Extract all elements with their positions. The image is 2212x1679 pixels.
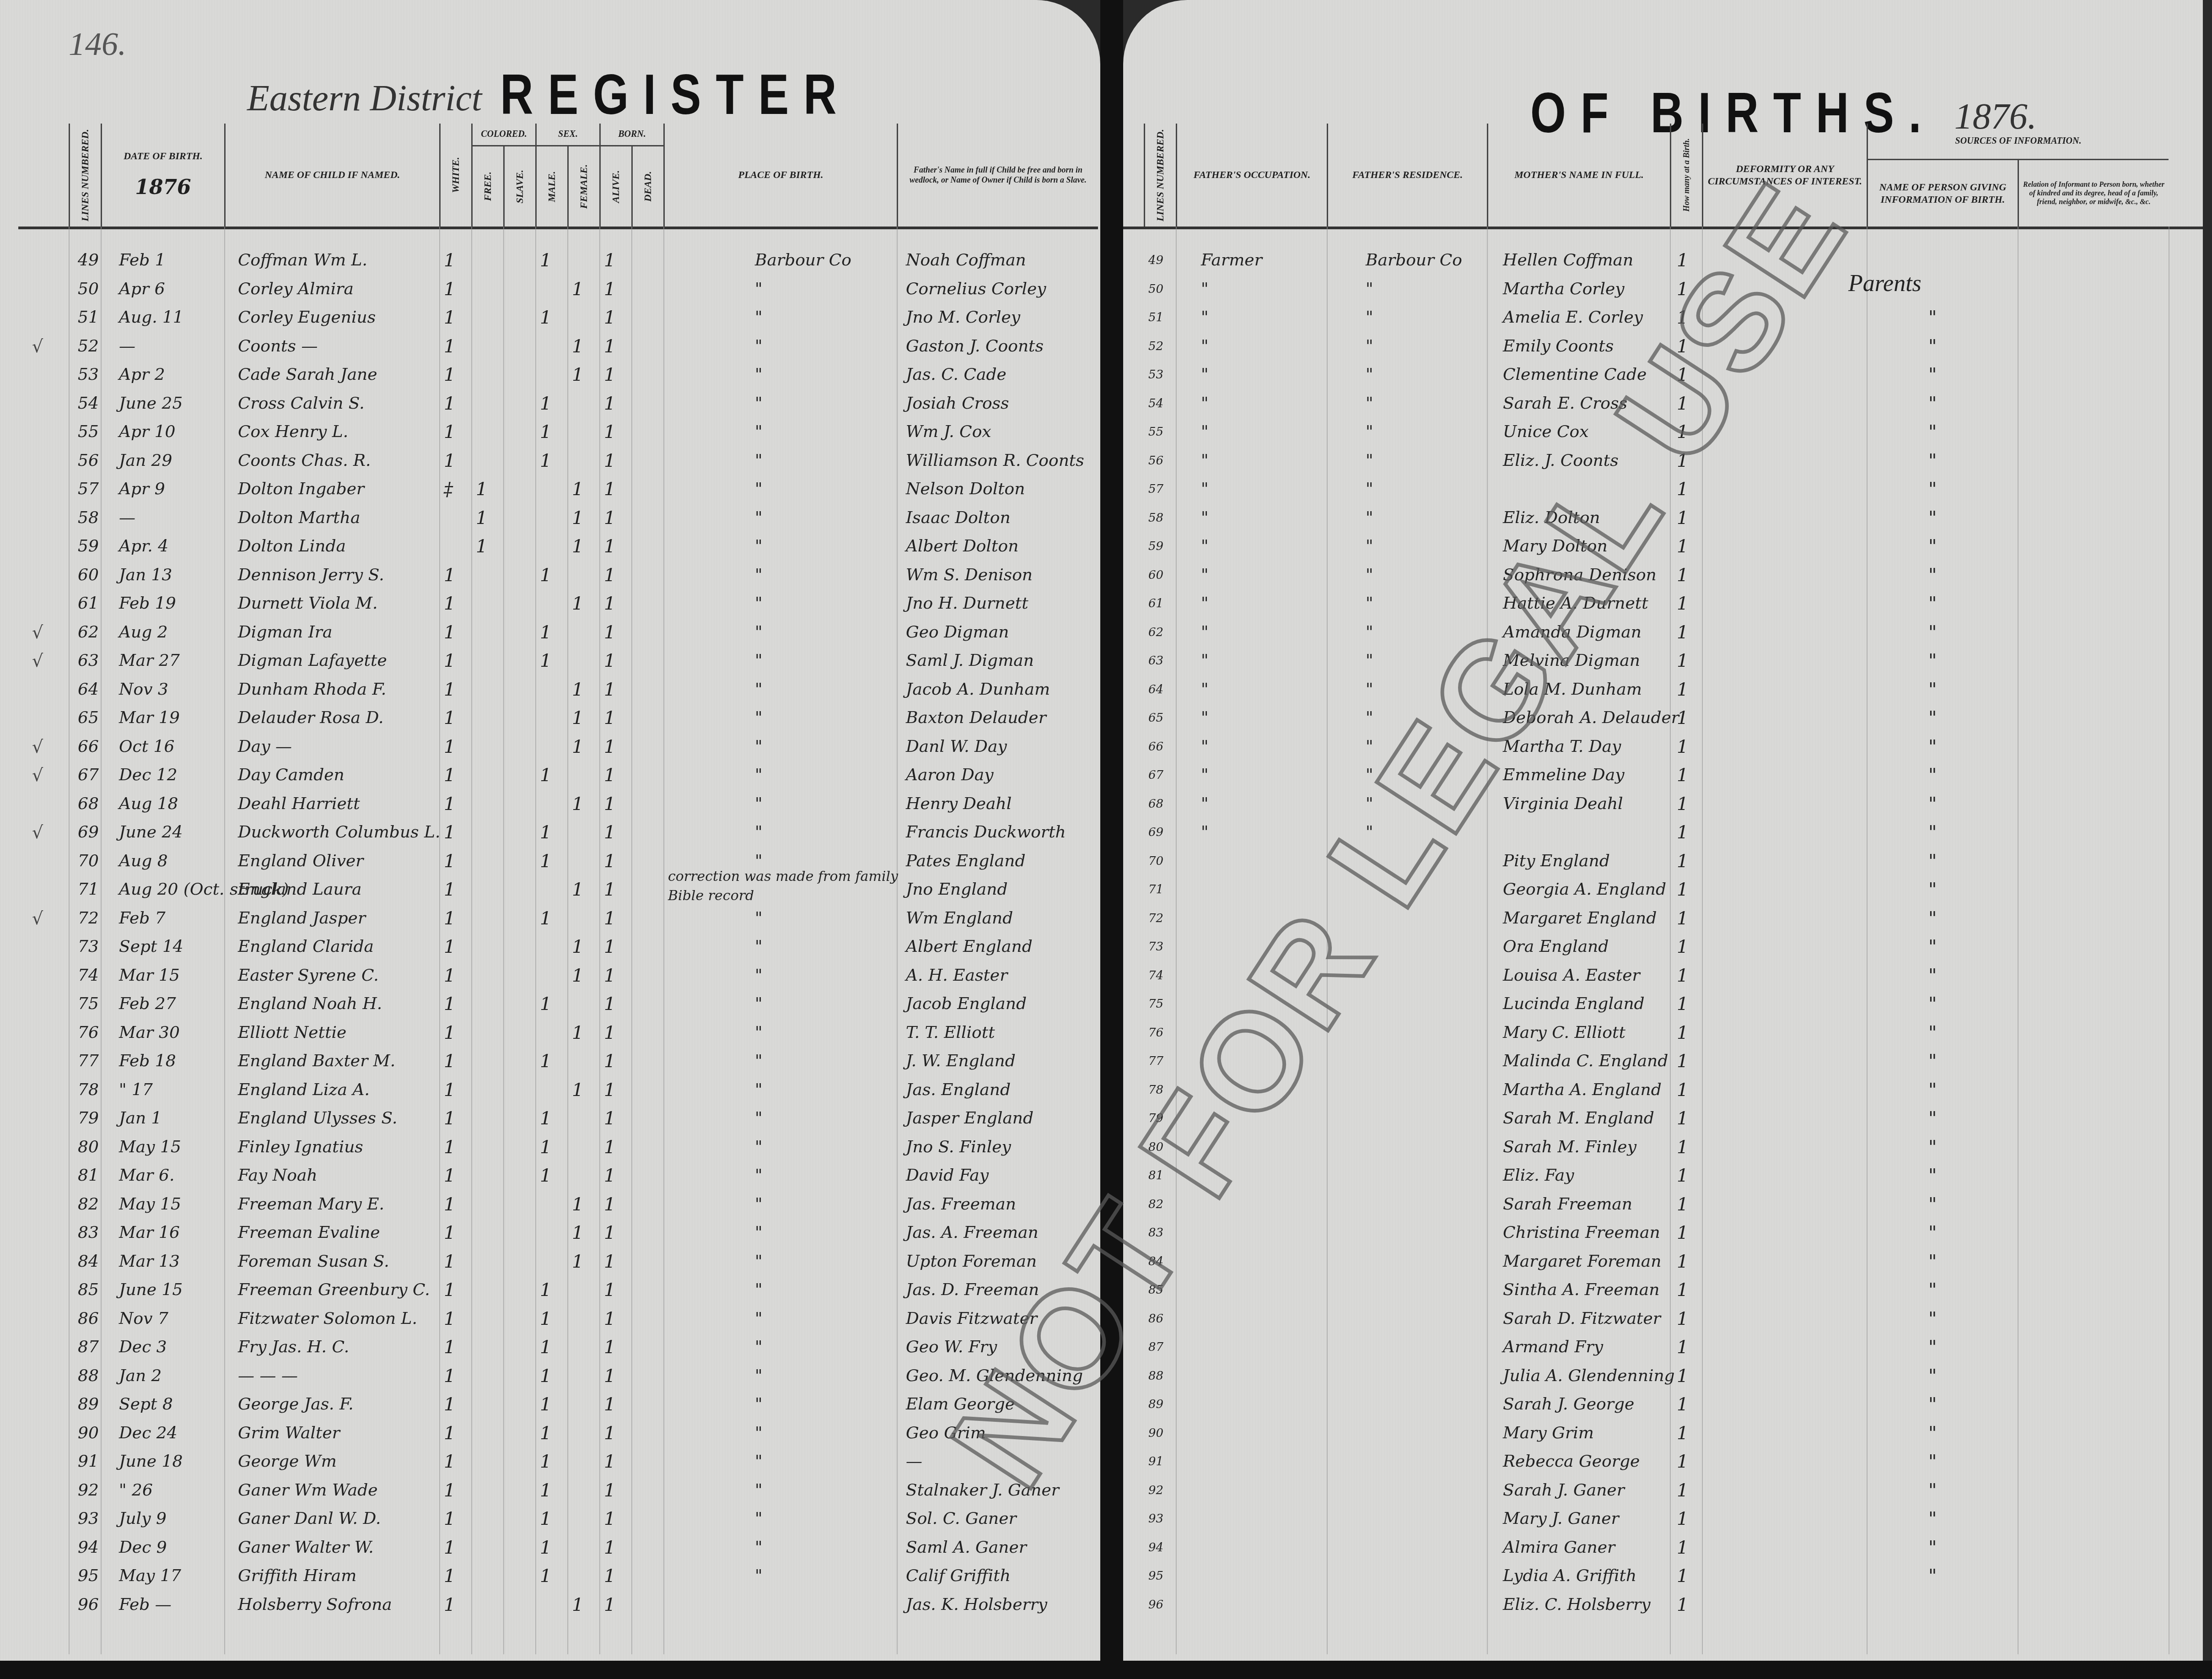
place-of-birth: " bbox=[755, 1477, 763, 1504]
line-number-right: 93 bbox=[1148, 1506, 1163, 1532]
record-check-mark: √ bbox=[32, 648, 43, 674]
table-row: 88Julia A. Glendenning1" bbox=[1123, 1363, 2203, 1389]
father-name: Jacob A. Dunham bbox=[906, 676, 1050, 703]
table-row: 71Aug 20 (Oct. struck)England Laura111Jn… bbox=[0, 876, 1100, 903]
header-sex: SEX. bbox=[535, 124, 599, 146]
birth-date: Oct 16 bbox=[119, 734, 174, 760]
birth-date: Aug 18 bbox=[119, 791, 178, 817]
birth-date: Aug 8 bbox=[119, 848, 168, 875]
child-name: England Liza A. bbox=[238, 1077, 370, 1103]
birth-date: Feb 18 bbox=[119, 1048, 176, 1074]
alive-mark: 1 bbox=[604, 1477, 615, 1504]
place-of-birth: " bbox=[755, 1534, 763, 1561]
female-mark: 1 bbox=[572, 1592, 583, 1618]
female-mark: 1 bbox=[572, 705, 583, 731]
line-number: 72 bbox=[78, 905, 99, 932]
line-number-right: 75 bbox=[1148, 991, 1163, 1017]
mother-name: Lydia A. Griffith bbox=[1503, 1563, 1636, 1589]
alive-mark: 1 bbox=[604, 1020, 615, 1046]
place-of-birth: " bbox=[755, 934, 763, 960]
informant-ditto: " bbox=[1928, 762, 1937, 788]
table-row: 55Apr 10Cox Henry L.111"Wm J. Cox bbox=[0, 419, 1100, 445]
father-name: Jasper England bbox=[906, 1105, 1033, 1132]
place-of-birth: " bbox=[755, 905, 763, 932]
mother-name: Hellen Coffman bbox=[1503, 247, 1633, 274]
record-check-mark: √ bbox=[32, 619, 43, 646]
line-number-right: 59 bbox=[1148, 533, 1163, 560]
white-mark: 1 bbox=[444, 590, 455, 617]
how-many-at-birth: 1 bbox=[1677, 1105, 1688, 1132]
white-mark: 1 bbox=[444, 1420, 455, 1447]
how-many-at-birth: 1 bbox=[1677, 619, 1688, 646]
how-many-at-birth: 1 bbox=[1677, 1162, 1688, 1189]
line-number: 83 bbox=[78, 1220, 99, 1246]
table-row: 61""Hattie A. Durnett1" bbox=[1123, 590, 2203, 617]
birth-date: Dec 24 bbox=[119, 1420, 178, 1447]
colored-free-mark: 1 bbox=[476, 505, 487, 531]
place-of-birth: " bbox=[755, 419, 763, 445]
place-of-birth: " bbox=[755, 562, 763, 588]
father-occupation: " bbox=[1201, 533, 1209, 560]
table-row: 96Eliz. C. Holsberry1 bbox=[1123, 1592, 2203, 1618]
child-name: Corley Almira bbox=[238, 276, 354, 302]
place-of-birth: " bbox=[755, 791, 763, 817]
table-row: 82Sarah Freeman1" bbox=[1123, 1191, 2203, 1218]
line-number: 93 bbox=[78, 1506, 99, 1532]
birth-date: Mar 27 bbox=[119, 648, 180, 674]
place-of-birth: " bbox=[755, 1563, 763, 1589]
how-many-at-birth: 1 bbox=[1677, 848, 1688, 875]
table-row: 61Feb 19Durnett Viola M.111"Jno H. Durne… bbox=[0, 590, 1100, 617]
alive-mark: 1 bbox=[604, 390, 615, 417]
father-residence: Barbour Co bbox=[1366, 247, 1462, 274]
table-row: 66""Martha T. Day1" bbox=[1123, 734, 2203, 760]
line-number: 73 bbox=[78, 934, 99, 960]
table-row: 50Apr 6Corley Almira111"Cornelius Corley bbox=[0, 276, 1100, 302]
father-name: Wm England bbox=[906, 905, 1013, 932]
birth-date: Dec 3 bbox=[119, 1334, 167, 1360]
alive-mark: 1 bbox=[604, 791, 615, 817]
how-many-at-birth: 1 bbox=[1677, 1306, 1688, 1332]
place-of-birth: " bbox=[755, 476, 763, 502]
header-date-of-birth: DATE OF BIRTH. 1876 bbox=[101, 124, 224, 227]
alive-mark: 1 bbox=[604, 448, 615, 474]
informant-ditto: " bbox=[1928, 934, 1937, 960]
table-row: 63""Melvina Digman1" bbox=[1123, 648, 2203, 674]
how-many-at-birth: 1 bbox=[1677, 762, 1688, 788]
white-mark: 1 bbox=[444, 1306, 455, 1332]
how-many-at-birth: 1 bbox=[1677, 648, 1688, 674]
place-of-birth: " bbox=[755, 1248, 763, 1275]
table-row: 94Almira Ganer1" bbox=[1123, 1534, 2203, 1561]
white-mark: 1 bbox=[444, 419, 455, 445]
father-residence: " bbox=[1366, 390, 1373, 417]
child-name: England Jasper bbox=[238, 905, 366, 932]
table-row: 81Eliz. Fay1" bbox=[1123, 1162, 2203, 1189]
informant-ditto: " bbox=[1928, 419, 1937, 445]
informant-ditto: " bbox=[1928, 333, 1937, 360]
alive-mark: 1 bbox=[604, 734, 615, 760]
table-row: 90Mary Grim1" bbox=[1123, 1420, 2203, 1447]
alive-mark: 1 bbox=[604, 304, 615, 331]
white-mark: 1 bbox=[444, 362, 455, 388]
table-row: 86Sarah D. Fitzwater1" bbox=[1123, 1306, 2203, 1332]
place-of-birth: " bbox=[755, 590, 763, 617]
female-mark: 1 bbox=[572, 1191, 583, 1218]
line-number: 57 bbox=[78, 476, 99, 502]
place-of-birth: " bbox=[755, 619, 763, 646]
table-row: 77Feb 18England Baxter M.111"J. W. Engla… bbox=[0, 1048, 1100, 1074]
male-mark: 1 bbox=[540, 905, 551, 932]
table-row: √62Aug 2Digman Ira111"Geo Digman bbox=[0, 619, 1100, 646]
child-name: Ganer Walter W. bbox=[238, 1534, 374, 1561]
birth-date: Mar 13 bbox=[119, 1248, 180, 1275]
father-occupation: " bbox=[1201, 676, 1209, 703]
mother-name: Sarah D. Fitzwater bbox=[1503, 1306, 1661, 1332]
birth-date: Feb — bbox=[119, 1592, 172, 1618]
how-many-at-birth: 1 bbox=[1677, 1448, 1688, 1475]
line-number: 78 bbox=[78, 1077, 99, 1103]
child-name: — — — bbox=[238, 1363, 298, 1389]
male-mark: 1 bbox=[540, 1334, 551, 1360]
line-number-right: 58 bbox=[1148, 505, 1163, 531]
how-many-at-birth: 1 bbox=[1677, 1420, 1688, 1447]
table-row: √72Feb 7England Jasper111"Wm England bbox=[0, 905, 1100, 932]
female-mark: 1 bbox=[572, 276, 583, 302]
father-occupation: " bbox=[1201, 619, 1209, 646]
father-name: Jno H. Durnett bbox=[906, 590, 1028, 617]
mother-name: Pity England bbox=[1503, 848, 1610, 875]
informant-ditto: " bbox=[1928, 1391, 1937, 1418]
father-residence: " bbox=[1366, 304, 1373, 331]
male-mark: 1 bbox=[540, 419, 551, 445]
mother-name: Margaret England bbox=[1503, 905, 1657, 932]
birth-date: Mar 19 bbox=[119, 705, 180, 731]
birth-date: — bbox=[119, 505, 135, 531]
header-sources: SOURCES OF INFORMATION. bbox=[1867, 124, 2169, 160]
alive-mark: 1 bbox=[604, 1162, 615, 1189]
record-check-mark: √ bbox=[32, 734, 43, 760]
female-mark: 1 bbox=[572, 1077, 583, 1103]
alive-mark: 1 bbox=[604, 590, 615, 617]
table-row: √67Dec 12Day Camden111"Aaron Day bbox=[0, 762, 1100, 788]
informant-ditto: " bbox=[1928, 876, 1937, 903]
line-number: 79 bbox=[78, 1105, 99, 1132]
table-row: 68Aug 18Deahl Harriett111"Henry Deahl bbox=[0, 791, 1100, 817]
informant-ditto: " bbox=[1928, 648, 1937, 674]
line-number: 52 bbox=[78, 333, 99, 360]
child-name: Fitzwater Solomon L. bbox=[238, 1306, 417, 1332]
informant-ditto: " bbox=[1928, 1077, 1937, 1103]
father-name: Saml J. Digman bbox=[906, 648, 1034, 674]
father-occupation: " bbox=[1201, 419, 1209, 445]
line-number-right: 88 bbox=[1148, 1363, 1163, 1389]
header-informant-relation: Relation of Informant to Person born, wh… bbox=[2018, 160, 2169, 227]
birth-date: May 15 bbox=[119, 1191, 181, 1218]
line-number-right: 56 bbox=[1148, 448, 1163, 474]
alive-mark: 1 bbox=[604, 1391, 615, 1418]
birth-date: Sept 14 bbox=[119, 934, 183, 960]
alive-mark: 1 bbox=[604, 1334, 615, 1360]
white-mark: 1 bbox=[444, 1592, 455, 1618]
birth-date: Nov 7 bbox=[119, 1306, 168, 1332]
white-mark: 1 bbox=[444, 562, 455, 588]
female-mark: 1 bbox=[572, 876, 583, 903]
line-number-right: 60 bbox=[1148, 562, 1163, 588]
line-number-right: 96 bbox=[1148, 1592, 1163, 1618]
father-residence: " bbox=[1366, 276, 1373, 302]
father-name: Williamson R. Coonts bbox=[906, 448, 1084, 474]
line-number: 61 bbox=[78, 590, 99, 617]
birth-date: Apr 10 bbox=[119, 419, 176, 445]
child-name: Elliott Nettie bbox=[238, 1020, 346, 1046]
informant-ditto: " bbox=[1928, 590, 1937, 617]
place-of-birth: " bbox=[755, 991, 763, 1017]
informant-ditto: " bbox=[1928, 1334, 1937, 1360]
line-number: 89 bbox=[78, 1391, 99, 1418]
mother-name: Almira Ganer bbox=[1503, 1534, 1615, 1561]
female-mark: 1 bbox=[572, 734, 583, 760]
line-number: 53 bbox=[78, 362, 99, 388]
child-name: England Laura bbox=[238, 876, 361, 903]
white-mark: 1 bbox=[444, 1563, 455, 1589]
child-name: Durnett Viola M. bbox=[238, 590, 377, 617]
line-number-right: 68 bbox=[1148, 791, 1163, 817]
male-mark: 1 bbox=[540, 619, 551, 646]
line-number: 54 bbox=[78, 390, 99, 417]
male-mark: 1 bbox=[540, 1448, 551, 1475]
informant-ditto: " bbox=[1928, 1306, 1937, 1332]
place-of-birth: " bbox=[755, 648, 763, 674]
father-residence: " bbox=[1366, 533, 1373, 560]
father-name: Baxton Delauder bbox=[906, 705, 1046, 731]
white-mark: 1 bbox=[444, 333, 455, 360]
alive-mark: 1 bbox=[604, 1506, 615, 1532]
table-row: 74Mar 15Easter Syrene C.111"A. H. Easter bbox=[0, 962, 1100, 989]
father-name: Cornelius Corley bbox=[906, 276, 1046, 302]
line-number: 66 bbox=[78, 734, 99, 760]
line-number: 88 bbox=[78, 1363, 99, 1389]
how-many-at-birth: 1 bbox=[1677, 1048, 1688, 1074]
line-number: 71 bbox=[78, 876, 99, 903]
informant-ditto: " bbox=[1928, 991, 1937, 1017]
birth-date: Mar 16 bbox=[119, 1220, 180, 1246]
child-name: Cade Sarah Jane bbox=[238, 362, 377, 388]
white-mark: 1 bbox=[444, 705, 455, 731]
father-name: J. W. England bbox=[906, 1048, 1016, 1074]
alive-mark: 1 bbox=[604, 1448, 615, 1475]
place-of-birth: " bbox=[755, 1448, 763, 1475]
line-number-right: 70 bbox=[1148, 848, 1163, 875]
alive-mark: 1 bbox=[604, 648, 615, 674]
page-bottom-edge bbox=[0, 1661, 2212, 1679]
header-informant-name: NAME OF PERSON GIVING INFORMATION OF BIR… bbox=[1867, 160, 2018, 227]
alive-mark: 1 bbox=[604, 362, 615, 388]
table-row: 53Apr 2Cade Sarah Jane111"Jas. C. Cade bbox=[0, 362, 1100, 388]
alive-mark: 1 bbox=[604, 819, 615, 846]
mother-name: Eliz. C. Holsberry bbox=[1503, 1592, 1650, 1618]
table-row: √63Mar 27Digman Lafayette111"Saml J. Dig… bbox=[0, 648, 1100, 674]
father-name: Aaron Day bbox=[906, 762, 994, 788]
male-mark: 1 bbox=[540, 1162, 551, 1189]
informant-ditto: " bbox=[1928, 304, 1937, 331]
place-of-birth: " bbox=[755, 1162, 763, 1189]
child-name: Cox Henry L. bbox=[238, 419, 348, 445]
birth-date: Jan 2 bbox=[119, 1363, 161, 1389]
table-row: 78" 17England Liza A.111"Jas. England bbox=[0, 1077, 1100, 1103]
father-name: Wm J. Cox bbox=[906, 419, 991, 445]
male-mark: 1 bbox=[540, 848, 551, 875]
header-lines-numbered-right: Lines Numbered. bbox=[1144, 124, 1176, 227]
father-residence: " bbox=[1366, 448, 1373, 474]
white-mark: 1 bbox=[444, 247, 455, 274]
table-row: 92" 26Ganer Wm Wade111"Stalnaker J. Gane… bbox=[0, 1477, 1100, 1504]
table-row: 88Jan 2— — —111"Geo. M. Glendenning bbox=[0, 1363, 1100, 1389]
informant-ditto: " bbox=[1928, 1020, 1937, 1046]
table-row: 79Jan 1England Ulysses S.111"Jasper Engl… bbox=[0, 1105, 1100, 1132]
table-row: 65Mar 19Delauder Rosa D.111"Baxton Delau… bbox=[0, 705, 1100, 731]
how-many-at-birth: 1 bbox=[1677, 1391, 1688, 1418]
white-mark: 1 bbox=[444, 1220, 455, 1246]
white-mark: 1 bbox=[444, 734, 455, 760]
how-many-at-birth: 1 bbox=[1677, 1334, 1688, 1360]
birth-date: " 26 bbox=[119, 1477, 153, 1504]
father-name: Jno M. Corley bbox=[906, 304, 1020, 331]
informant-ditto: " bbox=[1928, 476, 1937, 502]
header-dead: Dead. bbox=[631, 146, 663, 227]
child-name: England Ulysses S. bbox=[238, 1105, 397, 1132]
how-many-at-birth: 1 bbox=[1677, 991, 1688, 1017]
birth-date: Sept 8 bbox=[119, 1391, 173, 1418]
line-number-right: 51 bbox=[1148, 304, 1163, 331]
how-many-at-birth: 1 bbox=[1677, 676, 1688, 703]
male-mark: 1 bbox=[540, 819, 551, 846]
male-mark: 1 bbox=[540, 1134, 551, 1161]
place-of-birth: " bbox=[755, 962, 763, 989]
line-number-right: 55 bbox=[1148, 419, 1163, 445]
mother-name: Sarah J. George bbox=[1503, 1391, 1634, 1418]
father-occupation: " bbox=[1201, 476, 1209, 502]
birth-date: Feb 1 bbox=[119, 247, 166, 274]
birth-date: Apr 6 bbox=[119, 276, 165, 302]
informant-ditto: " bbox=[1928, 1105, 1937, 1132]
female-mark: 1 bbox=[572, 476, 583, 502]
line-number: 77 bbox=[78, 1048, 99, 1074]
female-mark: 1 bbox=[572, 590, 583, 617]
left-header-row: Lines Numbered. DATE OF BIRTH. 1876 NAME… bbox=[18, 124, 1098, 229]
father-name: — bbox=[906, 1448, 922, 1475]
female-mark: 1 bbox=[572, 791, 583, 817]
informant-ditto: " bbox=[1928, 562, 1937, 588]
father-name: Henry Deahl bbox=[906, 791, 1012, 817]
place-of-birth: " bbox=[755, 676, 763, 703]
alive-mark: 1 bbox=[604, 1534, 615, 1561]
father-occupation: " bbox=[1201, 648, 1209, 674]
place-of-birth: " bbox=[755, 1363, 763, 1389]
line-number-right: 63 bbox=[1148, 648, 1163, 674]
line-number-right: 52 bbox=[1148, 333, 1163, 360]
birth-date: Dec 12 bbox=[119, 762, 178, 788]
child-name: Dolton Linda bbox=[238, 533, 346, 560]
line-number-right: 94 bbox=[1148, 1534, 1163, 1561]
place-of-birth: " bbox=[755, 1277, 763, 1303]
father-occupation: " bbox=[1201, 562, 1209, 588]
father-residence: " bbox=[1366, 362, 1373, 388]
line-number: 94 bbox=[78, 1534, 99, 1561]
father-residence: " bbox=[1366, 676, 1373, 703]
female-mark: 1 bbox=[572, 1248, 583, 1275]
child-name: Dolton Ingaber bbox=[238, 476, 364, 502]
table-row: 67""Emmeline Day1" bbox=[1123, 762, 2203, 788]
male-mark: 1 bbox=[540, 304, 551, 331]
line-number: 65 bbox=[78, 705, 99, 731]
mother-name: Eliz. Fay bbox=[1503, 1162, 1574, 1189]
father-name: T. T. Elliott bbox=[906, 1020, 995, 1046]
how-many-at-birth: 1 bbox=[1677, 590, 1688, 617]
header-year: 1876 bbox=[135, 176, 191, 200]
white-mark: 1 bbox=[444, 1277, 455, 1303]
male-mark: 1 bbox=[540, 991, 551, 1017]
informant-ditto: " bbox=[1928, 962, 1937, 989]
male-mark: 1 bbox=[540, 1277, 551, 1303]
place-of-birth: " bbox=[755, 533, 763, 560]
line-number-right: 89 bbox=[1148, 1391, 1163, 1418]
father-name: Jas. K. Holsberry bbox=[906, 1592, 1047, 1618]
father-name: Jno S. Finley bbox=[906, 1134, 1011, 1161]
white-mark: 1 bbox=[444, 962, 455, 989]
father-residence: " bbox=[1366, 419, 1373, 445]
line-number: 81 bbox=[78, 1162, 99, 1189]
table-row: 62""Amanda Digman1" bbox=[1123, 619, 2203, 646]
child-name: England Noah H. bbox=[238, 991, 382, 1017]
page-number: 146. bbox=[69, 25, 126, 63]
child-name: Coonts — bbox=[238, 333, 318, 360]
how-many-at-birth: 1 bbox=[1677, 1134, 1688, 1161]
white-mark: 1 bbox=[444, 1105, 455, 1132]
female-mark: 1 bbox=[572, 1220, 583, 1246]
place-of-birth: " bbox=[755, 276, 763, 302]
male-mark: 1 bbox=[540, 1391, 551, 1418]
line-number: 91 bbox=[78, 1448, 99, 1475]
title-left: Eastern District REGISTER bbox=[247, 69, 851, 121]
how-many-at-birth: 1 bbox=[1677, 905, 1688, 932]
father-occupation: " bbox=[1201, 590, 1209, 617]
child-name: Fry Jas. H. C. bbox=[238, 1334, 349, 1360]
father-occupation: " bbox=[1201, 791, 1209, 817]
female-mark: 1 bbox=[572, 362, 583, 388]
white-mark: 1 bbox=[444, 791, 455, 817]
place-of-birth: " bbox=[755, 333, 763, 360]
child-name: Ganer Wm Wade bbox=[238, 1477, 378, 1504]
father-occupation: " bbox=[1201, 304, 1209, 331]
line-number-right: 62 bbox=[1148, 619, 1163, 646]
birth-date: May 17 bbox=[119, 1563, 181, 1589]
male-mark: 1 bbox=[540, 1363, 551, 1389]
father-occupation: " bbox=[1201, 362, 1209, 388]
how-many-at-birth: 1 bbox=[1677, 934, 1688, 960]
how-many-at-birth: 1 bbox=[1677, 1363, 1688, 1389]
alive-mark: 1 bbox=[604, 676, 615, 703]
child-name: Freeman Mary E. bbox=[238, 1191, 384, 1218]
place-of-birth: " bbox=[755, 1334, 763, 1360]
white-mark: 1 bbox=[444, 934, 455, 960]
informant-ditto: " bbox=[1928, 734, 1937, 760]
line-number-right: 91 bbox=[1148, 1448, 1163, 1475]
header-how-many: How many at a Birth. bbox=[1670, 124, 1702, 227]
line-number: 67 bbox=[78, 762, 99, 788]
alive-mark: 1 bbox=[604, 533, 615, 560]
line-number: 82 bbox=[78, 1191, 99, 1218]
